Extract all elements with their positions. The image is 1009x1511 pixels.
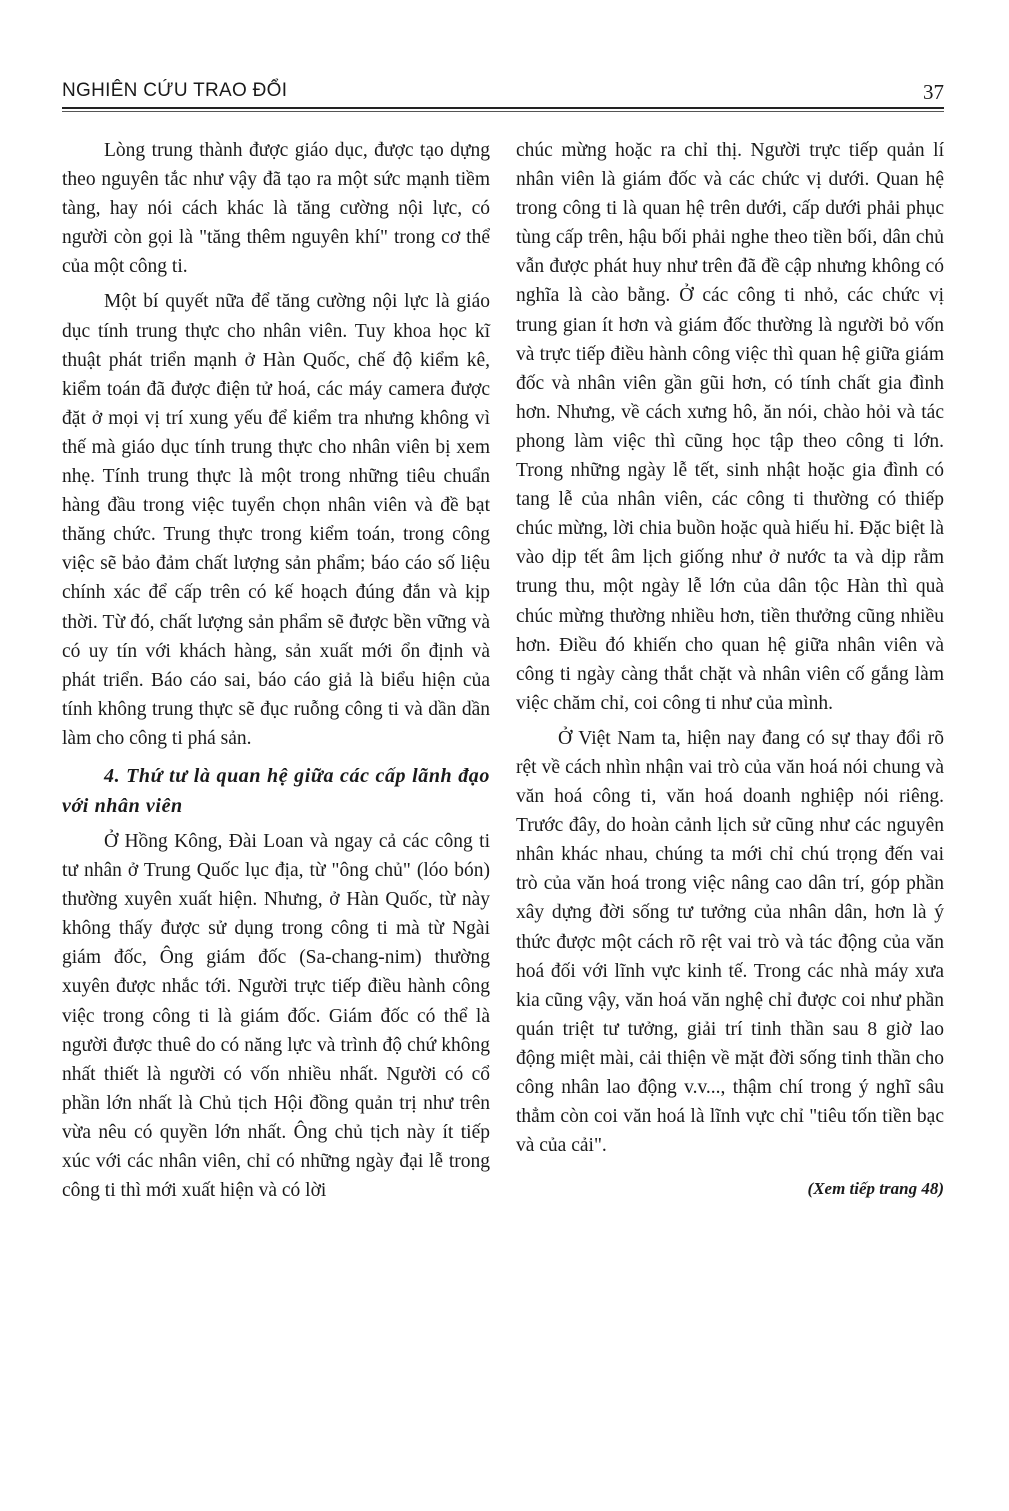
right-column: chúc mừng hoặc ra chỉ thị. Người trực ti…: [516, 136, 944, 1203]
page-number: 37: [923, 80, 944, 105]
paragraph: chúc mừng hoặc ra chỉ thị. Người trực ti…: [516, 136, 944, 718]
paragraph: Lòng trung thành được giáo dục, được tạo…: [62, 136, 490, 281]
section-title: NGHIÊN CỨU TRAO ĐỔI: [62, 80, 287, 102]
paragraph: Một bí quyết nữa để tăng cường nội lực l…: [62, 287, 490, 753]
continued-note: (Xem tiếp trang 48): [516, 1174, 944, 1203]
section-heading: 4. Thứ tư là quan hệ giữa các cấp lãnh đ…: [62, 761, 490, 821]
paragraph: Ở Việt Nam ta, hiện nay đang có sự thay …: [516, 724, 944, 1160]
left-column: Lòng trung thành được giáo dục, được tạo…: [62, 136, 490, 1205]
paragraph: Ở Hồng Kông, Đài Loan và ngay cả các côn…: [62, 827, 490, 1205]
running-header: NGHIÊN CỨU TRAO ĐỔI 37: [62, 80, 944, 104]
header-rule-thin: [62, 111, 944, 112]
header-rule-thick: [62, 107, 944, 109]
